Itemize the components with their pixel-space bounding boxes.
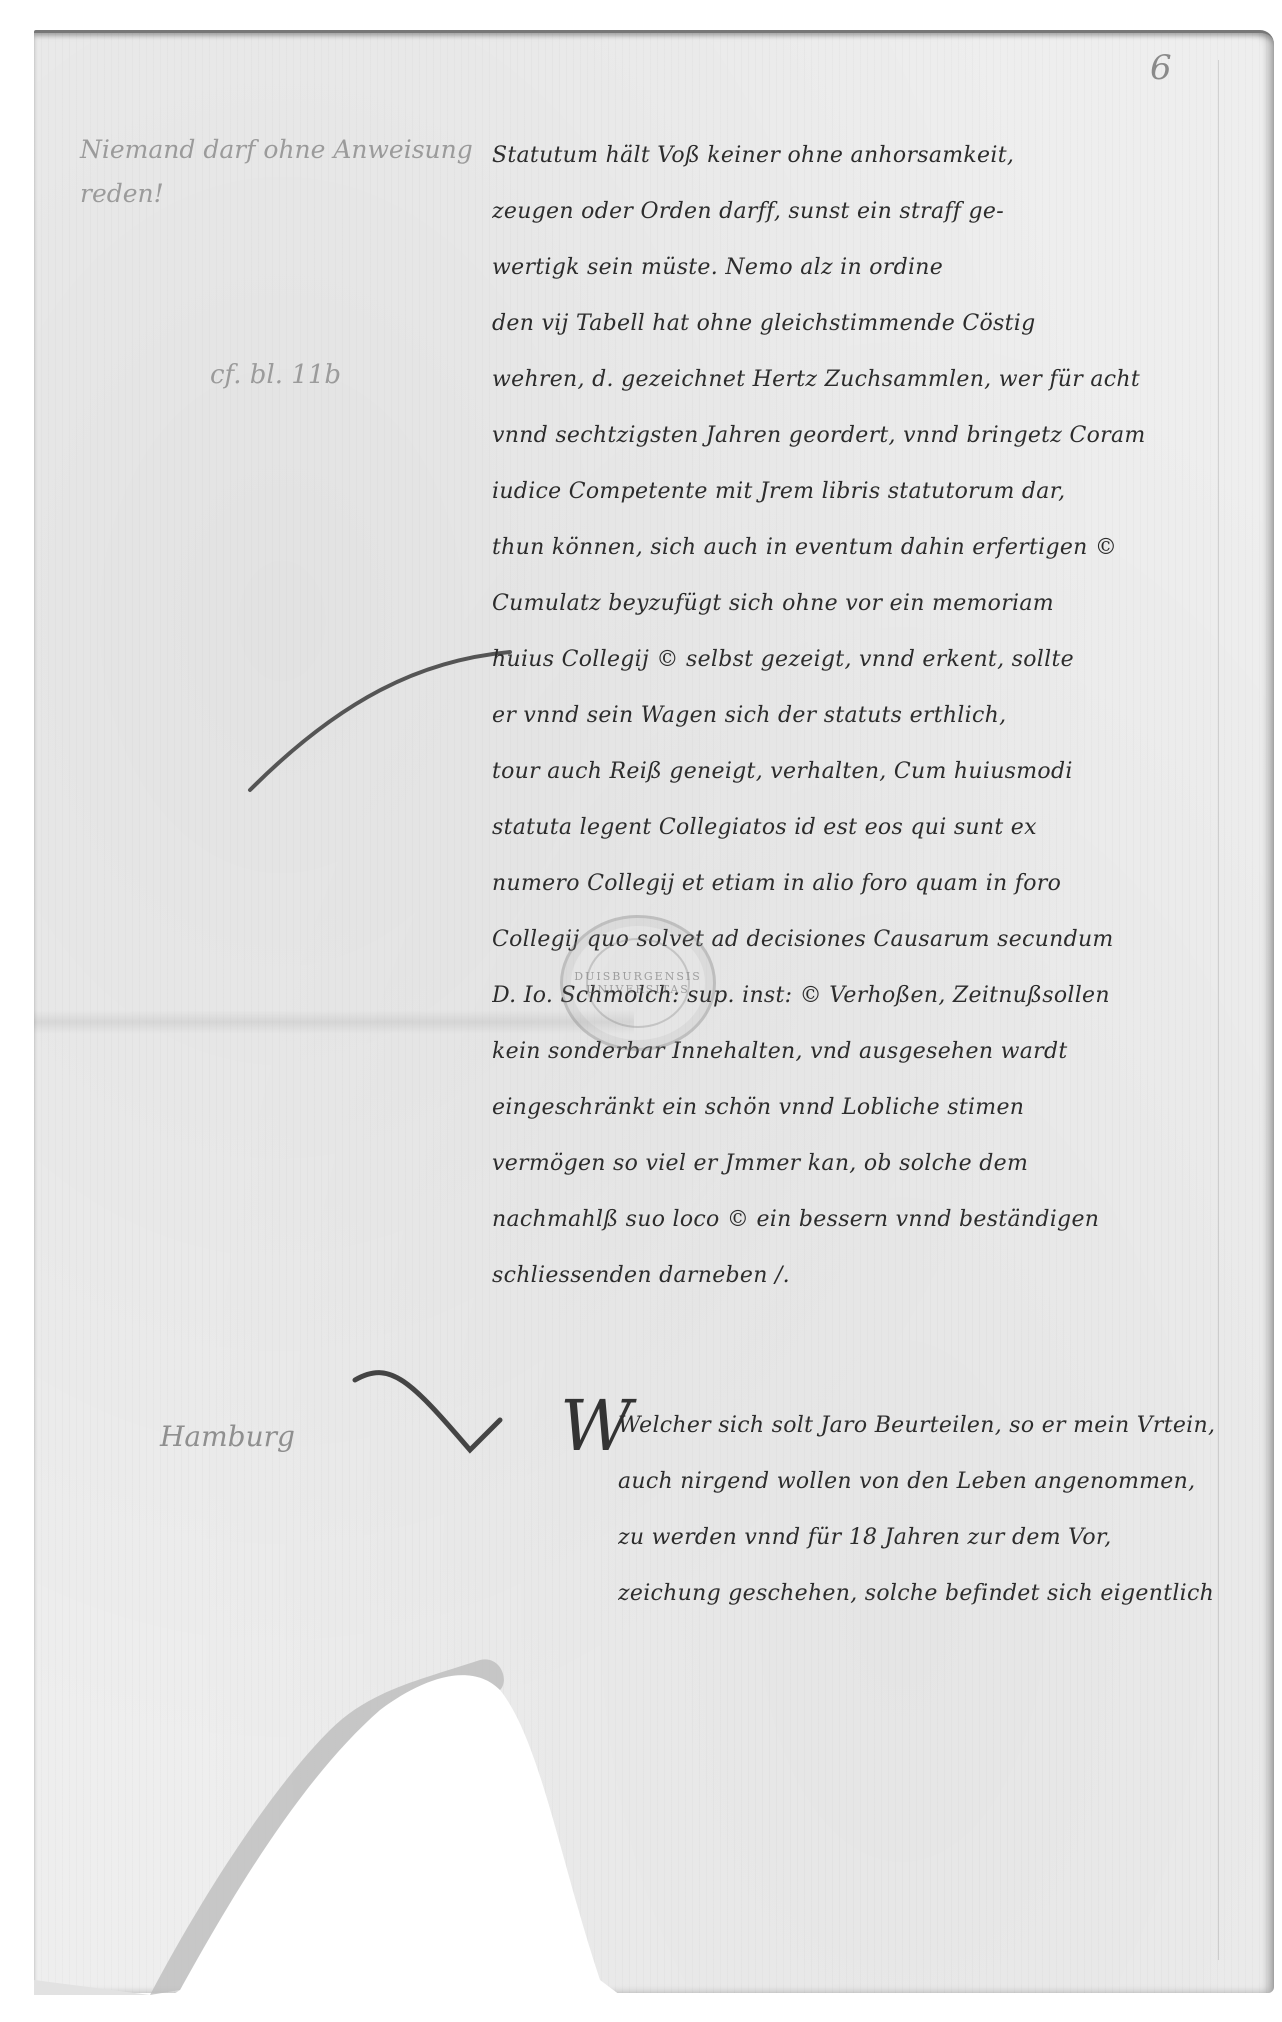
main-text-paragraph-2: Welcher sich solt Jaro Beurteilen, so er… [618,1398,1258,1622]
text-line: Cumulatz beyzufügt sich ohne vor ein mem… [492,576,1232,632]
text-line: nachmahlß suo loco © ein bessern vnnd be… [492,1192,1232,1248]
text-line: huius Collegij © selbst gezeigt, vnnd er… [492,632,1232,688]
text-line: statuta legent Collegiatos id est eos qu… [492,800,1232,856]
margin-note-top: Niemand darf ohne Anweisung reden! [80,128,490,216]
text-line: tour auch Reiß geneigt, verhalten, Cum h… [492,744,1232,800]
university-seal-stamp: DUISBURGENSIS UNIVERSITAS [560,915,716,1051]
text-line: den vij Tabell hat ohne gleichstimmende … [492,296,1232,352]
seal-label: DUISBURGENSIS UNIVERSITAS [586,938,690,1028]
text-line: schliessenden darneben /. [492,1248,1232,1304]
text-line: vnnd sechtzigsten Jahren geordert, vnnd … [492,408,1232,464]
torn-paper-damage [0,1600,1282,2022]
text-line: zeugen oder Orden darff, sunst ein straf… [492,184,1232,240]
text-line: thun können, sich auch in eventum dahin … [492,520,1232,576]
text-line: er vnnd sein Wagen sich der statuts erth… [492,688,1232,744]
margin-note-reference: cf. bl. 11b [210,360,341,390]
pen-flourish-bracket-icon [350,1360,550,1480]
text-line: numero Collegij et etiam in alio foro qu… [492,856,1232,912]
text-line: auch nirgend wollen von den Leben angeno… [618,1454,1258,1510]
pen-flourish-icon [220,640,520,800]
text-line: Statutum hält Voß keiner ohne anhorsamke… [492,128,1232,184]
text-line: zu werden vnnd für 18 Jahren zur dem Vor… [618,1510,1258,1566]
text-line: wehren, d. gezeichnet Hertz Zuchsammlen,… [492,352,1232,408]
main-text-paragraph-1: Statutum hält Voß keiner ohne anhorsamke… [492,128,1232,1304]
margin-note-name: Hamburg [160,1420,295,1453]
text-line: wertigk sein müste. Nemo alz in ordine [492,240,1232,296]
text-line: vermögen so viel er Jmmer kan, ob solche… [492,1136,1232,1192]
text-line: iudice Competente mit Jrem libris statut… [492,464,1232,520]
folio-number: 6 [1150,48,1172,88]
text-line: eingeschränkt ein schön vnnd Lobliche st… [492,1080,1232,1136]
text-line: Welcher sich solt Jaro Beurteilen, so er… [618,1398,1258,1454]
